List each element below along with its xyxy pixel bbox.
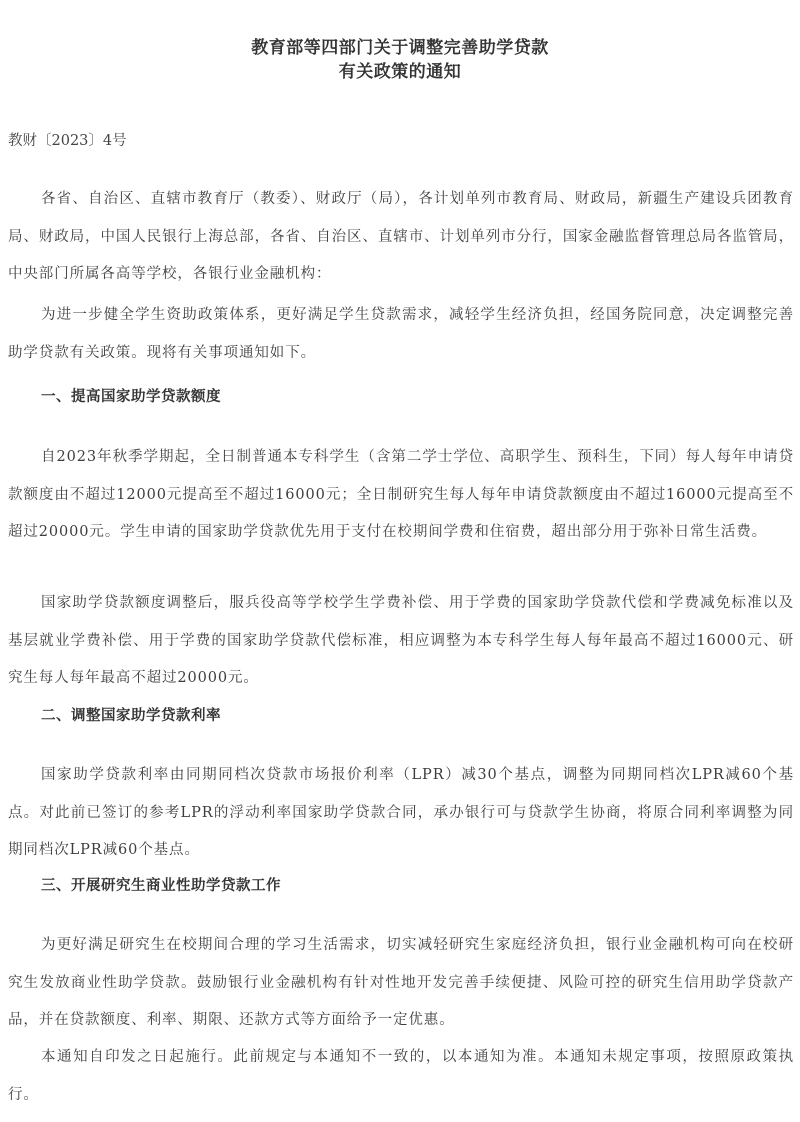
intro-paragraph: 为进一步健全学生资助政策体系，更好满足学生贷款需求，减轻学生经济负担，经国务院同… xyxy=(8,297,794,372)
section-1-paragraph-2: 国家助学贷款额度调整后，服兵役高等学校学生学费补偿、用于学费的国家助学贷款代偿和… xyxy=(8,585,794,698)
section-1-paragraph-1: 自2023年秋季学期起，全日制普通本专科学生（含第二学士学位、高职学生、预科生，… xyxy=(8,439,794,552)
document-number: 教财〔2023〕4号 xyxy=(8,131,127,151)
addressees-paragraph: 各省、自治区、直辖市教育厅（教委）、财政厅（局），各计划单列市教育局、财政局，新… xyxy=(8,181,794,294)
section-heading-2: 二、调整国家助学贷款利率 xyxy=(41,706,221,726)
document-title: 教育部等四部门关于调整完善助学贷款 有关政策的通知 xyxy=(0,36,800,84)
section-heading-1: 一、提高国家助学贷款额度 xyxy=(41,387,221,407)
title-line-2: 有关政策的通知 xyxy=(0,60,800,84)
section-3-paragraph-1: 为更好满足研究生在校期间合理的学习生活需求，切实减轻研究生家庭经济负担，银行业金… xyxy=(8,927,794,1040)
section-2-paragraph-1: 国家助学贷款利率由同期同档次贷款市场报价利率（LPR）减30个基点，调整为同期同… xyxy=(8,757,794,870)
section-heading-3: 三、开展研究生商业性助学贷款工作 xyxy=(41,876,281,896)
title-line-1: 教育部等四部门关于调整完善助学贷款 xyxy=(0,36,800,60)
closing-paragraph: 本通知自印发之日起施行。此前规定与本通知不一致的，以本通知为准。本通知未规定事项… xyxy=(8,1039,794,1114)
document-page: 教育部等四部门关于调整完善助学贷款 有关政策的通知 教财〔2023〕4号 各省、… xyxy=(0,0,800,1122)
